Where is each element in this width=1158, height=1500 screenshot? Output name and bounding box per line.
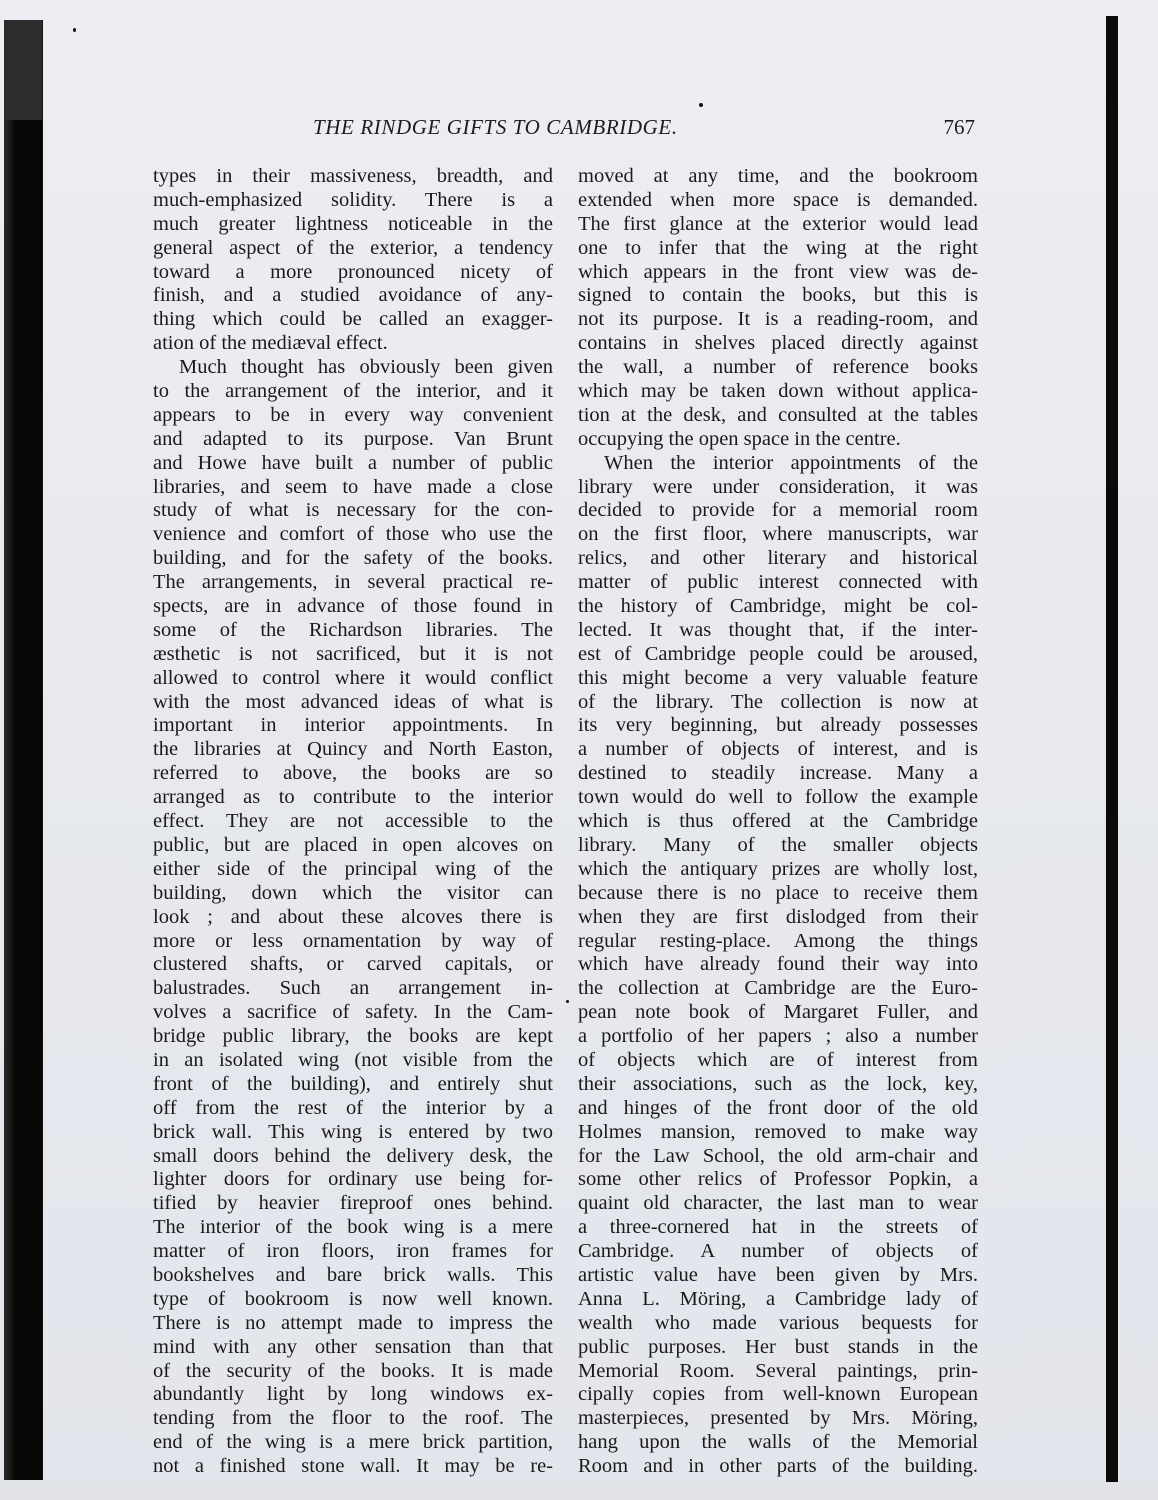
text-line: town would do well to follow the example bbox=[578, 786, 978, 810]
text-line: volves a sacrifice of safety. In the Cam… bbox=[153, 1001, 553, 1025]
text-line: building, down which the visitor can bbox=[153, 882, 553, 906]
text-line: destined to steadily increase. Many a bbox=[578, 762, 978, 786]
scan-speck bbox=[566, 1000, 569, 1003]
text-line: a portfolio of her papers ; also a numbe… bbox=[578, 1025, 978, 1049]
text-line: Holmes mansion, removed to make way bbox=[578, 1121, 978, 1145]
text-line: much-emphasized solidity. There is a bbox=[153, 189, 553, 213]
text-line: tion at the desk, and consulted at the t… bbox=[578, 404, 978, 428]
paragraph-start-line: When the interior appointments of the bbox=[578, 452, 978, 476]
text-line: arranged as to contribute to the interio… bbox=[153, 786, 553, 810]
text-line: the wall, a number of reference books bbox=[578, 356, 978, 380]
text-line: relics, and other literary and historica… bbox=[578, 547, 978, 571]
text-line: ation of the mediæval effect. bbox=[153, 332, 553, 356]
text-line: abundantly light by long windows ex- bbox=[153, 1383, 553, 1407]
text-line: in an isolated wing (not visible from th… bbox=[153, 1049, 553, 1073]
text-line: which is thus offered at the Cambridge bbox=[578, 810, 978, 834]
text-line: its very beginning, but already possesse… bbox=[578, 714, 978, 738]
paragraph-start-line: Much thought has obviously been given bbox=[153, 356, 553, 380]
text-line: effect. They are not accessible to the bbox=[153, 810, 553, 834]
text-line: not its purpose. It is a reading-room, a… bbox=[578, 308, 978, 332]
text-line: much greater lightness noticeable in the bbox=[153, 213, 553, 237]
text-line: which appears in the front view was de- bbox=[578, 261, 978, 285]
text-line: toward a more pronounced nicety of bbox=[153, 261, 553, 285]
text-line: spects, are in advance of those found in bbox=[153, 595, 553, 619]
text-line: public purposes. Her bust stands in the bbox=[578, 1336, 978, 1360]
text-line: types in their massiveness, breadth, and bbox=[153, 165, 553, 189]
scan-speck bbox=[699, 103, 703, 107]
text-line: brick wall. This wing is entered by two bbox=[153, 1121, 553, 1145]
text-line: signed to contain the books, but this is bbox=[578, 284, 978, 308]
text-line: a number of objects of interest, and is bbox=[578, 738, 978, 762]
right-column: moved at any time, and the bookroom exte… bbox=[578, 165, 978, 1479]
text-line: tending from the floor to the roof. The bbox=[153, 1407, 553, 1431]
text-line: some other relics of Professor Popkin, a bbox=[578, 1168, 978, 1192]
text-line: Room and in other parts of the building. bbox=[578, 1455, 978, 1479]
text-line: for the Law School, the old arm-chair an… bbox=[578, 1145, 978, 1169]
text-line: moved at any time, and the bookroom bbox=[578, 165, 978, 189]
text-line: clustered shafts, or carved capitals, or bbox=[153, 953, 553, 977]
text-line: Anna L. Möring, a Cambridge lady of bbox=[578, 1288, 978, 1312]
scan-speck bbox=[73, 28, 76, 32]
text-line: tified by heavier fireproof ones behind. bbox=[153, 1192, 553, 1216]
text-line: the collection at Cambridge are the Euro… bbox=[578, 977, 978, 1001]
scan-edge-bottom bbox=[0, 1482, 1158, 1500]
text-line: this might become a very valuable featur… bbox=[578, 667, 978, 691]
text-line: artistic value have been given by Mrs. bbox=[578, 1264, 978, 1288]
text-line: a three-cornered hat in the streets of bbox=[578, 1216, 978, 1240]
text-line: pean note book of Margaret Fuller, and bbox=[578, 1001, 978, 1025]
text-line: bridge public library, the books are kep… bbox=[153, 1025, 553, 1049]
text-line: Memorial Room. Several paintings, prin- bbox=[578, 1360, 978, 1384]
text-line: with the most advanced ideas of what is bbox=[153, 691, 553, 715]
text-line: mind with any other sensation than that bbox=[153, 1336, 553, 1360]
text-line: extended when more space is demanded. bbox=[578, 189, 978, 213]
text-line: of the library. The collection is now at bbox=[578, 691, 978, 715]
text-line: of objects which are of interest from bbox=[578, 1049, 978, 1073]
text-line: the history of Cambridge, might be col- bbox=[578, 595, 978, 619]
text-line: The first glance at the exterior would l… bbox=[578, 213, 978, 237]
text-line: and hinges of the front door of the old bbox=[578, 1097, 978, 1121]
text-line: library. Many of the smaller objects bbox=[578, 834, 978, 858]
text-line: regular resting-place. Among the things bbox=[578, 930, 978, 954]
text-line: occupying the open space in the centre. bbox=[578, 428, 978, 452]
text-line: which may be taken down without applica- bbox=[578, 380, 978, 404]
text-line: bookshelves and bare brick walls. This bbox=[153, 1264, 553, 1288]
text-line: on the first floor, where manuscripts, w… bbox=[578, 523, 978, 547]
text-line: because there is no place to receive the… bbox=[578, 882, 978, 906]
text-line: matter of public interest connected with bbox=[578, 571, 978, 595]
text-line: to the arrangement of the interior, and … bbox=[153, 380, 553, 404]
text-line: look ; and about these alcoves there is bbox=[153, 906, 553, 930]
text-line: when they are first dislodged from their bbox=[578, 906, 978, 930]
text-line: contains in shelves placed directly agai… bbox=[578, 332, 978, 356]
text-line: off from the rest of the interior by a bbox=[153, 1097, 553, 1121]
text-line: type of bookroom is now well known. bbox=[153, 1288, 553, 1312]
text-line: either side of the principal wing of the bbox=[153, 858, 553, 882]
text-line: wealth who made various bequests for bbox=[578, 1312, 978, 1336]
text-line: æsthetic is not sacrificed, but it is no… bbox=[153, 643, 553, 667]
text-line: the libraries at Quincy and North Easton… bbox=[153, 738, 553, 762]
text-line: and Howe have built a number of public bbox=[153, 452, 553, 476]
left-column: types in their massiveness, breadth, and… bbox=[153, 165, 553, 1479]
text-line: which have already found their way into bbox=[578, 953, 978, 977]
left-binding-shadow-top bbox=[4, 20, 42, 120]
text-line: their associations, such as the lock, ke… bbox=[578, 1073, 978, 1097]
text-line: of the security of the books. It is made bbox=[153, 1360, 553, 1384]
text-line: study of what is necessary for the con- bbox=[153, 499, 553, 523]
text-line: more or less ornamentation by way of bbox=[153, 930, 553, 954]
text-line: general aspect of the exterior, a tenden… bbox=[153, 237, 553, 261]
left-binding-shadow bbox=[4, 20, 43, 1480]
text-line: The arrangements, in several practical r… bbox=[153, 571, 553, 595]
text-line: finish, and a studied avoidance of any- bbox=[153, 284, 553, 308]
page-header: THE RINDGE GIFTS TO CAMBRIDGE. 767 bbox=[313, 115, 975, 145]
text-line: balustrades. Such an arrangement in- bbox=[153, 977, 553, 1001]
text-line: decided to provide for a memorial room bbox=[578, 499, 978, 523]
text-line: quaint old character, the last man to we… bbox=[578, 1192, 978, 1216]
text-line: important in interior appointments. In bbox=[153, 714, 553, 738]
text-line: There is no attempt made to impress the bbox=[153, 1312, 553, 1336]
text-line: public, but are placed in open alcoves o… bbox=[153, 834, 553, 858]
text-line: end of the wing is a mere brick partitio… bbox=[153, 1431, 553, 1455]
text-line: masterpieces, presented by Mrs. Möring, bbox=[578, 1407, 978, 1431]
running-title: THE RINDGE GIFTS TO CAMBRIDGE. bbox=[313, 115, 678, 140]
text-line: not a finished stone wall. It may be re- bbox=[153, 1455, 553, 1479]
text-line: allowed to control where it would confli… bbox=[153, 667, 553, 691]
text-line: cipally copies from well-known European bbox=[578, 1383, 978, 1407]
text-line: lected. It was thought that, if the inte… bbox=[578, 619, 978, 643]
text-line: hang upon the walls of the Memorial bbox=[578, 1431, 978, 1455]
page-number: 767 bbox=[944, 115, 976, 140]
text-line: lighter doors for ordinary use being for… bbox=[153, 1168, 553, 1192]
text-line: est of Cambridge people could be aroused… bbox=[578, 643, 978, 667]
text-line: small doors behind the delivery desk, th… bbox=[153, 1145, 553, 1169]
text-line: Cambridge. A number of objects of bbox=[578, 1240, 978, 1264]
text-line: The interior of the book wing is a mere bbox=[153, 1216, 553, 1240]
text-line: library were under consideration, it was bbox=[578, 476, 978, 500]
text-line: which the antiquary prizes are wholly lo… bbox=[578, 858, 978, 882]
text-line: venience and comfort of those who use th… bbox=[153, 523, 553, 547]
text-line: one to infer that the wing at the right bbox=[578, 237, 978, 261]
text-line: matter of iron floors, iron frames for bbox=[153, 1240, 553, 1264]
scanned-page: THE RINDGE GIFTS TO CAMBRIDGE. 767 types… bbox=[0, 0, 1158, 1500]
text-line: thing which could be called an exagger- bbox=[153, 308, 553, 332]
text-line: and adapted to its purpose. Van Brunt bbox=[153, 428, 553, 452]
right-binding-shadow bbox=[1106, 16, 1118, 1482]
text-line: front of the building), and entirely shu… bbox=[153, 1073, 553, 1097]
text-line: some of the Richardson libraries. The bbox=[153, 619, 553, 643]
text-line: building, and for the safety of the book… bbox=[153, 547, 553, 571]
text-line: appears to be in every way convenient bbox=[153, 404, 553, 428]
text-line: libraries, and seem to have made a close bbox=[153, 476, 553, 500]
text-line: referred to above, the books are so bbox=[153, 762, 553, 786]
